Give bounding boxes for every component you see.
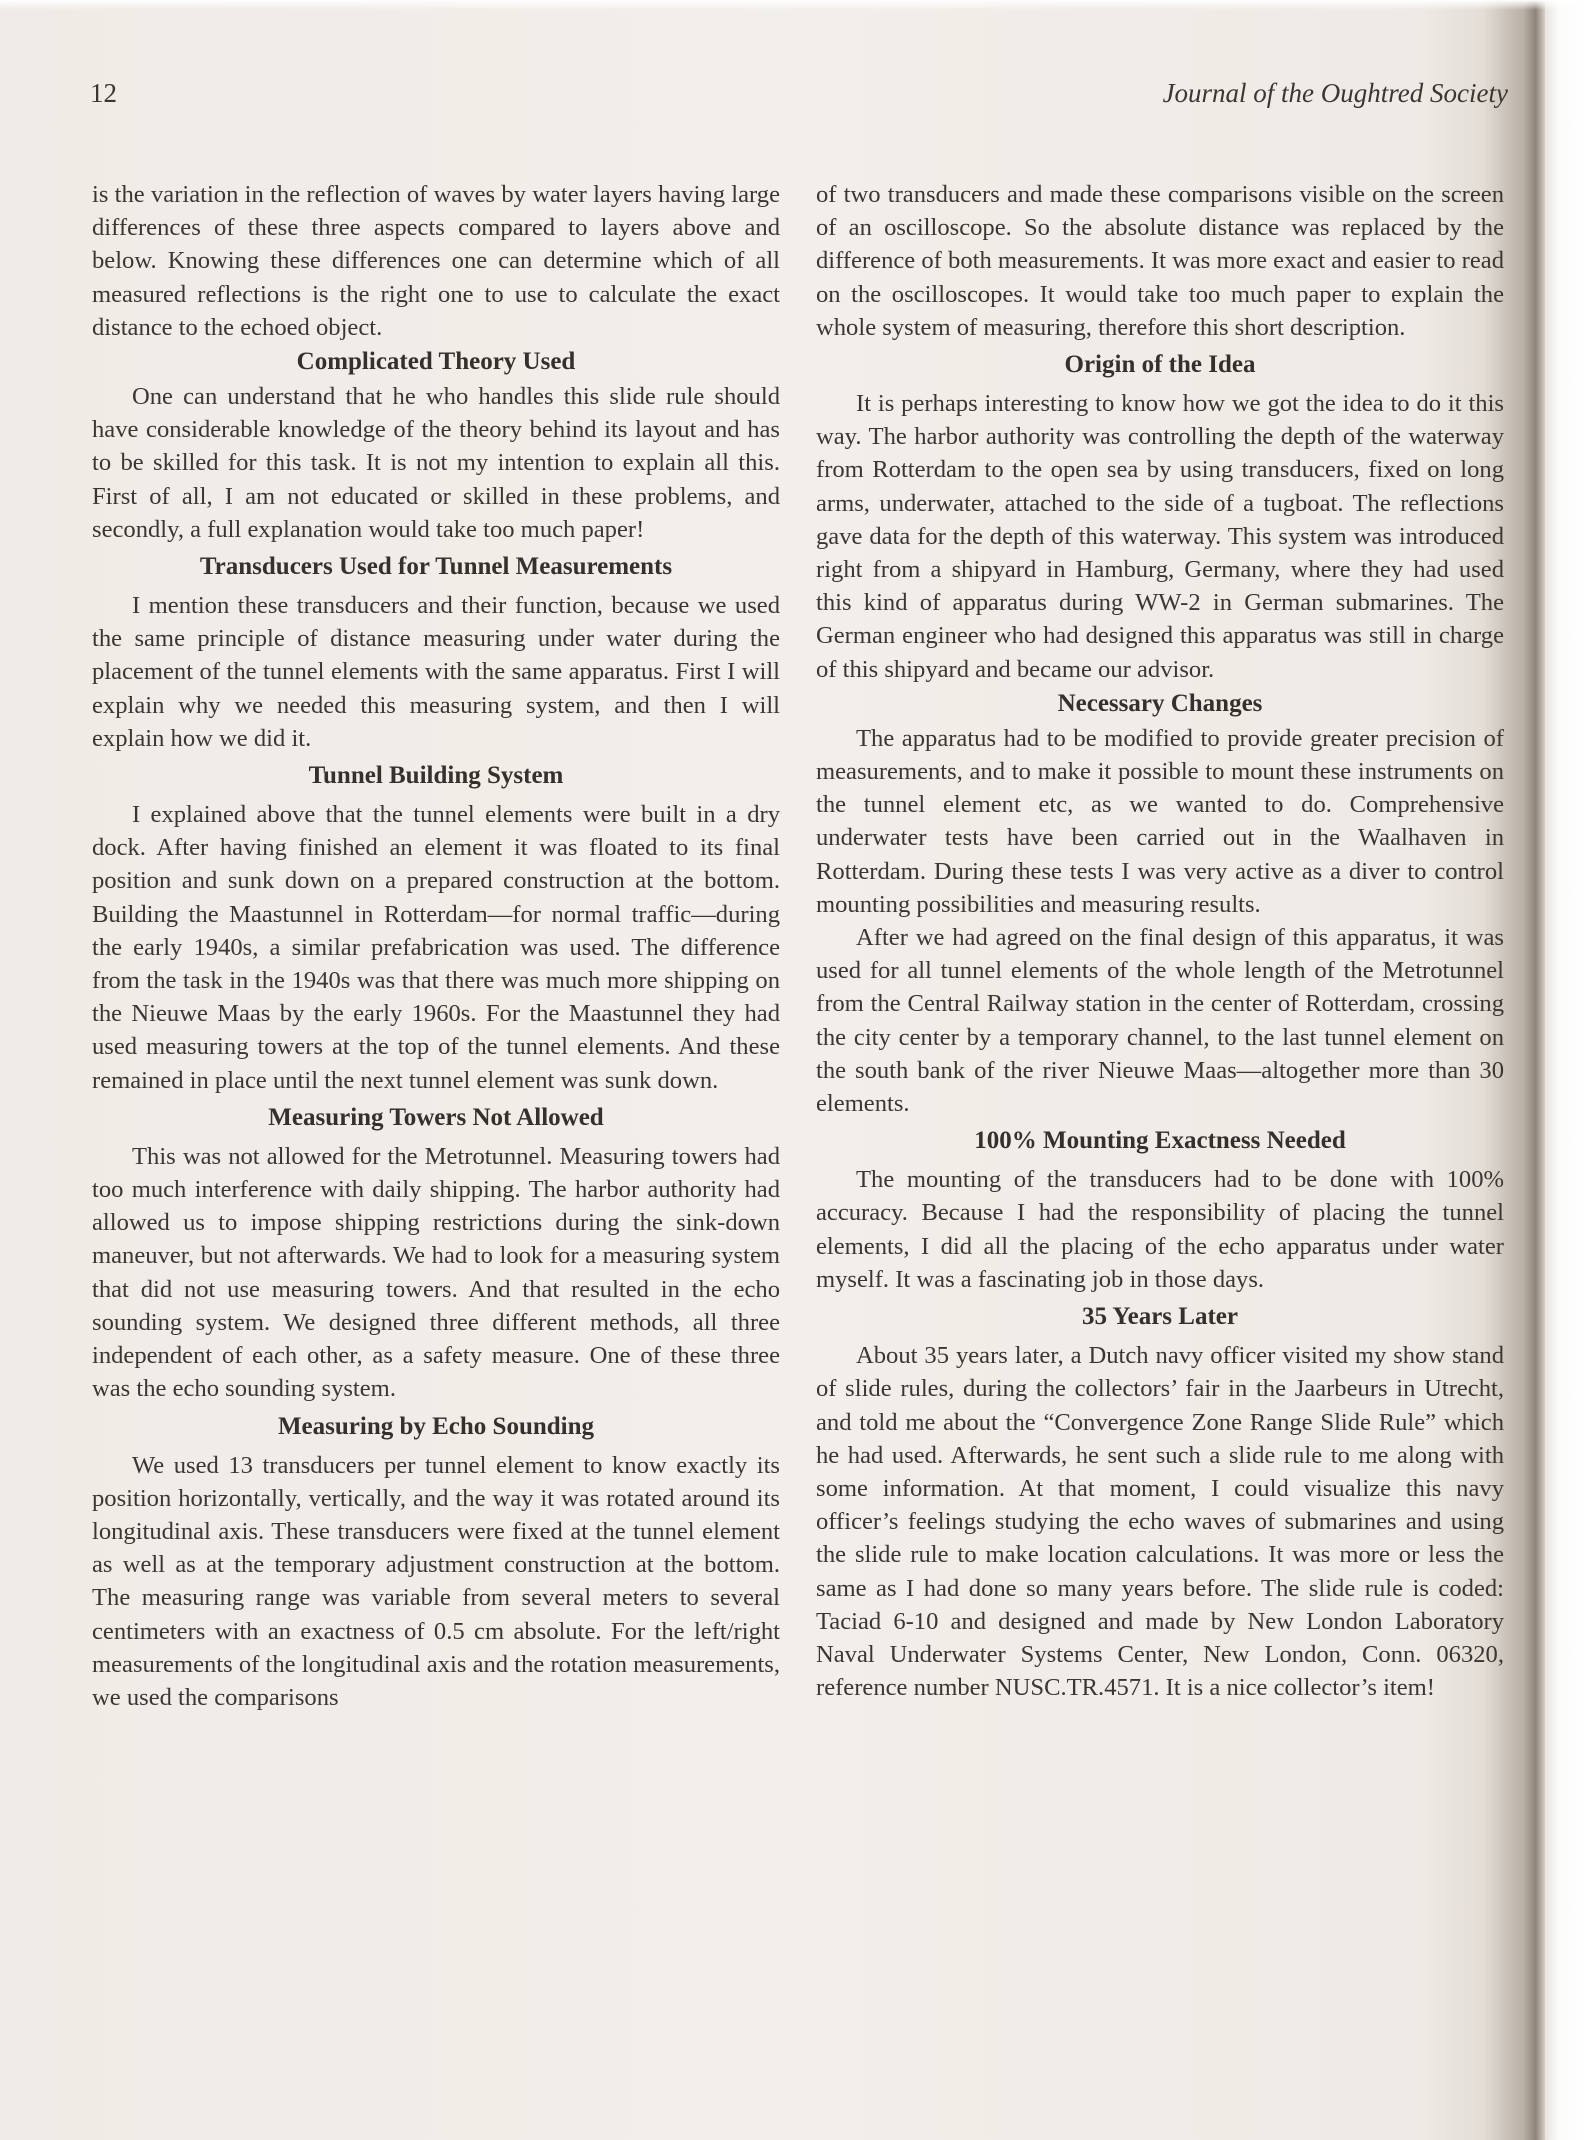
heading-transducers: Transducers Used for Tunnel Measurements: [92, 550, 780, 584]
page-number: 12: [90, 78, 117, 109]
heading-tunnel-building: Tunnel Building System: [92, 759, 780, 793]
running-header: 12 Journal of the Oughtred Society: [90, 78, 1508, 114]
heading-measuring-towers: Measuring Towers Not Allowed: [92, 1101, 780, 1135]
paragraph-theory: One can understand that he who handles t…: [92, 380, 780, 546]
paragraph-echo-sounding: We used 13 transducers per tunnel elemen…: [92, 1449, 780, 1715]
paragraph-necessary-changes-2: After we had agreed on the final design …: [816, 921, 1504, 1120]
page-edge: [1545, 0, 1589, 2140]
paragraph-intro: is the variation in the reflection of wa…: [92, 178, 780, 344]
heading-35-years-later: 35 Years Later: [816, 1300, 1504, 1334]
paragraph-mounting-exactness: The mounting of the transducers had to b…: [816, 1163, 1504, 1296]
heading-complicated-theory: Complicated Theory Used: [92, 345, 780, 379]
paragraph-35-years-later: About 35 years later, a Dutch navy offic…: [816, 1339, 1504, 1704]
heading-necessary-changes: Necessary Changes: [816, 687, 1504, 721]
paragraph-measuring-towers: This was not allowed for the Metrotunnel…: [92, 1140, 780, 1406]
scan-top-edge: [0, 0, 1589, 10]
paragraph-origin-idea: It is perhaps interesting to know how we…: [816, 387, 1504, 686]
paragraph-transducers: I mention these transducers and their fu…: [92, 589, 780, 755]
right-column: of two transducers and made these compar…: [816, 178, 1504, 1704]
paragraph-tunnel-building: I explained above that the tunnel elemen…: [92, 798, 780, 1097]
heading-mounting-exactness: 100% Mounting Exactness Needed: [816, 1124, 1504, 1158]
heading-echo-sounding: Measuring by Echo Sounding: [92, 1410, 780, 1444]
left-column: is the variation in the reflection of wa…: [92, 178, 780, 1714]
paragraph-necessary-changes-1: The apparatus had to be modified to prov…: [816, 722, 1504, 921]
journal-title: Journal of the Oughtred Society: [1163, 78, 1508, 109]
heading-origin-idea: Origin of the Idea: [816, 348, 1504, 382]
paragraph-continued: of two transducers and made these compar…: [816, 178, 1504, 344]
